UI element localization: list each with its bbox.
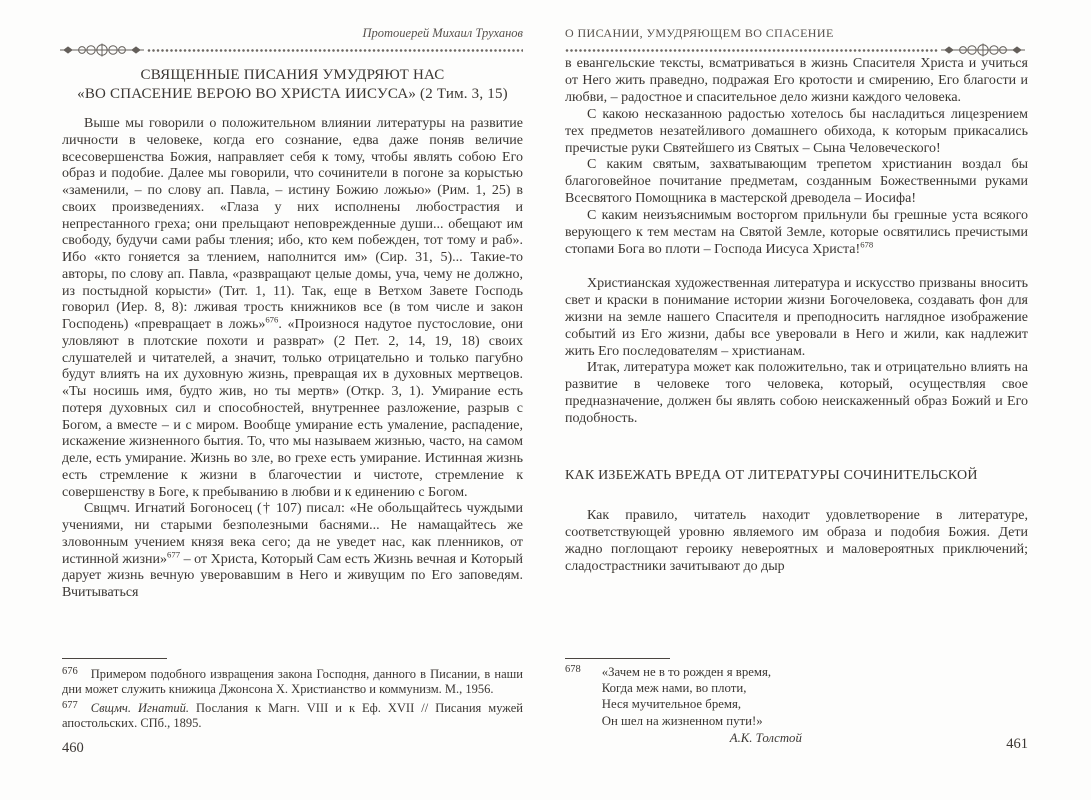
footnote-text: Свщмч. Игнатий. Послания к Магн. VIII и … bbox=[62, 701, 523, 730]
footnote-separator bbox=[62, 658, 167, 659]
page-number-right: 461 bbox=[565, 736, 1028, 753]
footnote-number: 678 bbox=[565, 664, 581, 675]
footnote-number: 677 bbox=[62, 700, 78, 711]
vine-rule bbox=[565, 48, 938, 53]
poem-line: Когда меж нами, во плоти, bbox=[602, 680, 802, 696]
body-paragraph: Как правило, читатель находит удовлетвор… bbox=[565, 508, 1028, 576]
page-number-left: 460 bbox=[62, 740, 84, 757]
body-paragraph: в евангельские тексты, всматриваться в ж… bbox=[565, 56, 1028, 107]
footnote-block-left: 676Примером подобного извращения закона … bbox=[62, 658, 523, 731]
section-heading: КАК ИЗБЕЖАТЬ ВРЕДА ОТ ЛИТЕРАТУРЫ СОЧИНИТ… bbox=[565, 468, 1028, 485]
book-spread: Протоиерей Михаил Труханов О ПИСАНИИ, УМ… bbox=[0, 0, 1091, 800]
footnote-number: 676 bbox=[62, 666, 78, 677]
footnote: 678 «Зачем не в то рожден я время, Когда… bbox=[565, 664, 1028, 746]
footnote-text: Примером подобного извращения закона Гос… bbox=[62, 667, 523, 696]
floral-ornament-icon bbox=[941, 43, 1025, 57]
body-paragraph: С каким святым, захватывающим трепетом х… bbox=[565, 157, 1028, 208]
running-head-left: Протоиерей Михаил Труханов bbox=[62, 26, 523, 41]
body-paragraph: Христианская художественная литература и… bbox=[565, 276, 1028, 361]
body-paragraph: Свщмч. Игнатий Богоносец († 107) писал: … bbox=[62, 501, 523, 602]
right-page-body: в евангельские тексты, всматриваться в ж… bbox=[565, 56, 1028, 576]
vine-rule bbox=[147, 48, 523, 53]
body-paragraph: С каким неизъяснимым восторгом прильнули… bbox=[565, 208, 1028, 259]
footnote: 677Свщмч. Игнатий. Послания к Магн. VIII… bbox=[62, 698, 523, 732]
body-paragraph: Итак, литература может как положительно,… bbox=[565, 360, 1028, 428]
body-paragraph: С какою несказанною радостью хотелось бы… bbox=[565, 107, 1028, 158]
chapter-title-line-1: СВЯЩЕННЫЕ ПИСАНИЯ УМУДРЯЮТ НАС bbox=[62, 66, 523, 85]
header-ornament-right bbox=[565, 44, 1025, 56]
poem: «Зачем не в то рожден я время, Когда меж… bbox=[602, 664, 802, 746]
chapter-title: СВЯЩЕННЫЕ ПИСАНИЯ УМУДРЯЮТ НАС «ВО СПАСЕ… bbox=[62, 66, 523, 104]
footnote-separator bbox=[565, 658, 670, 659]
running-head-right: О ПИСАНИИ, УМУДРЯЮЩЕМ ВО СПАСЕНИЕ bbox=[565, 26, 1028, 41]
footnote-block-right: 678 «Зачем не в то рожден я время, Когда… bbox=[565, 658, 1028, 746]
body-paragraph: Выше мы говорили о положительном влиянии… bbox=[62, 116, 523, 501]
floral-ornament-icon bbox=[60, 43, 144, 57]
poem-line: «Зачем не в то рожден я время, bbox=[602, 664, 802, 680]
poem-line: Он шел на жизненном пути!» bbox=[602, 713, 802, 729]
poem-line: Неся мучительное бремя, bbox=[602, 696, 802, 712]
left-page-body: Выше мы говорили о положительном влиянии… bbox=[62, 116, 523, 602]
chapter-title-line-2: «ВО СПАСЕНИЕ ВЕРОЮ ВО ХРИСТА ИИСУСА» (2 … bbox=[62, 85, 523, 104]
header-ornament-left bbox=[60, 44, 523, 56]
footnote: 676Примером подобного извращения закона … bbox=[62, 664, 523, 698]
